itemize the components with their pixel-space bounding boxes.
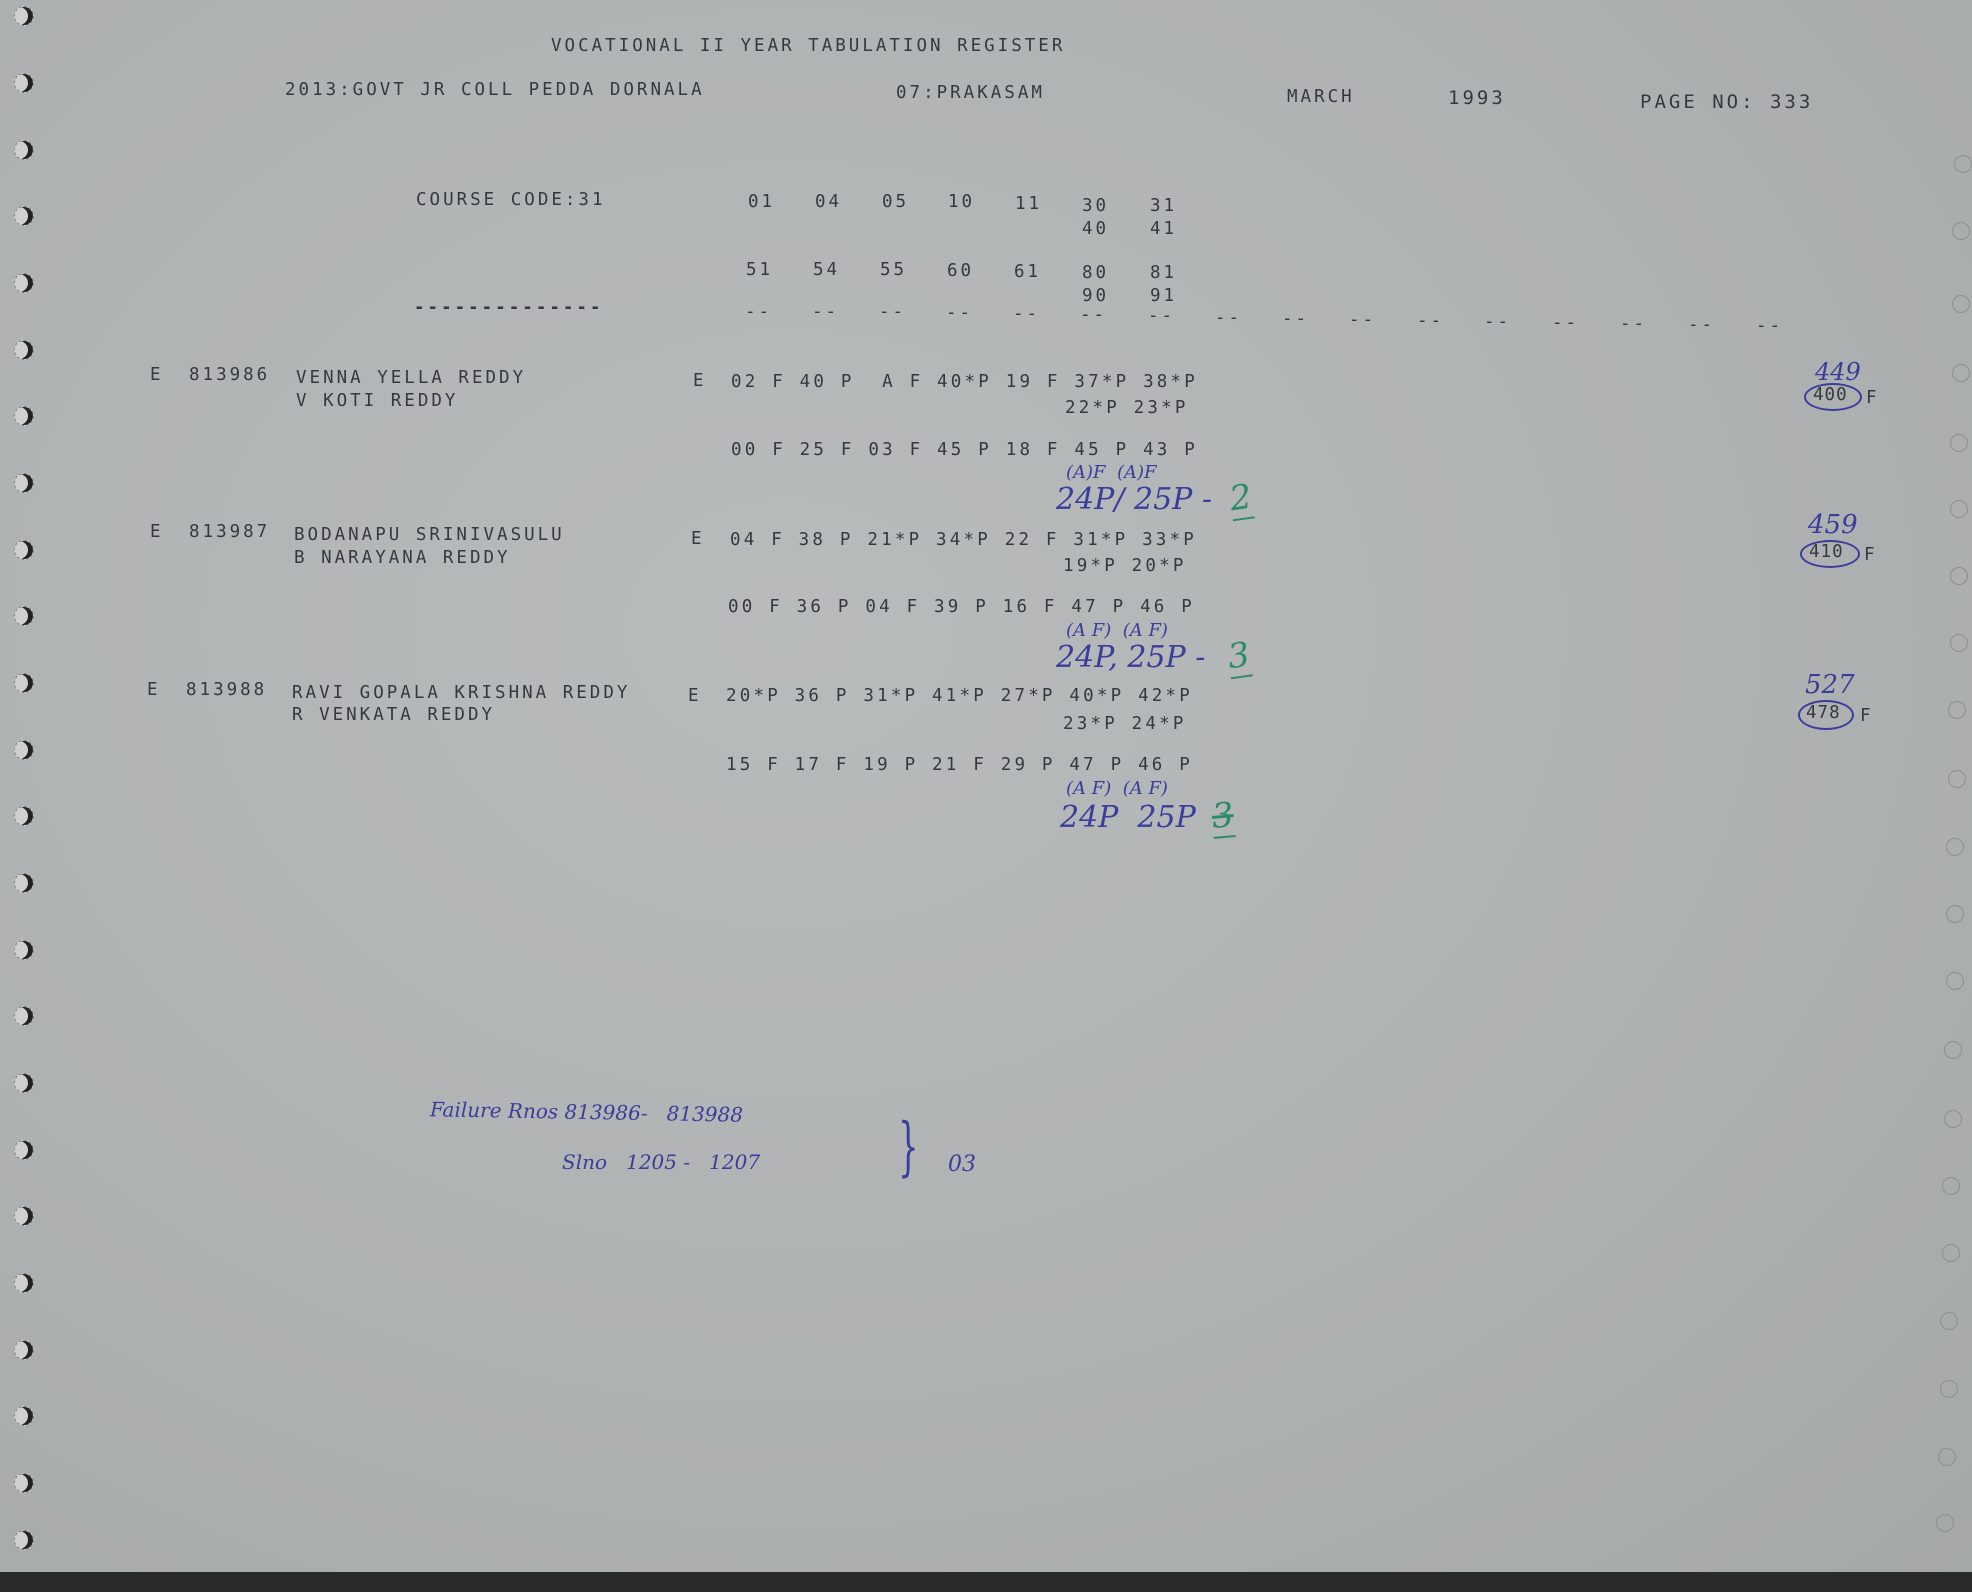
feed-hole (14, 1206, 34, 1226)
feed-hole (14, 1073, 34, 1093)
handwritten-total: 527 (1805, 670, 1855, 700)
feed-hole (14, 1406, 34, 1426)
feed-hole (14, 206, 34, 226)
marks-line-1: 20*P 36 P 31*P 41*P 27*P 40*P 42*P (726, 686, 1193, 706)
feed-hole (1948, 701, 1966, 719)
district-name: 07:PRAKASAM (896, 83, 1045, 103)
feed-hole (14, 473, 34, 493)
column-dash: -- (1080, 305, 1107, 325)
failure-count: 03 (948, 1152, 976, 1177)
marks-line-1-sub: 23*P 24*P (1063, 714, 1187, 734)
handwritten-revised-marks: 24P, 25P - (1056, 640, 1205, 675)
column-dash: -- (1013, 304, 1040, 324)
feed-hole (1952, 295, 1970, 313)
subject-code: 51 (746, 260, 773, 280)
column-dash: -- (1688, 315, 1715, 335)
feed-hole (1950, 567, 1968, 585)
subject-code: 01 (748, 192, 775, 212)
handwritten-count: 3 (1210, 795, 1235, 839)
handwritten-total: 459 (1808, 510, 1858, 540)
feed-hole (14, 273, 34, 293)
feed-hole (1950, 434, 1968, 452)
feed-hole (1950, 634, 1968, 652)
marks-line-1-sub: 19*P 20*P (1063, 556, 1187, 576)
marks-line-1: 02 F 40 P A F 40*P 19 F 37*P 38*P (731, 372, 1198, 392)
student-flag: E (147, 680, 161, 700)
feed-hole (14, 1340, 34, 1360)
subject-code: 31 (1150, 196, 1177, 216)
feed-hole (14, 73, 34, 93)
subject-code: 90 (1082, 286, 1109, 306)
feed-hole (1940, 1312, 1958, 1330)
feed-hole (14, 1273, 34, 1293)
column-dash: -- (879, 302, 906, 322)
feed-hole (1948, 770, 1966, 788)
handwritten-total: 449 (1815, 358, 1861, 386)
register-title: VOCATIONAL II YEAR TABULATION REGISTER (551, 36, 1065, 56)
feed-hole (14, 340, 34, 360)
handwritten-revised-marks: 24P 25P (1060, 800, 1196, 835)
roll-number: 813988 (186, 680, 267, 700)
printed-total: 400 (1813, 385, 1848, 405)
student-flag: E (150, 522, 164, 542)
column-dash: -- (1756, 316, 1783, 336)
subject-code: 40 (1082, 219, 1109, 239)
exam-year: 1993 (1448, 87, 1506, 109)
medium: E (688, 686, 702, 706)
subject-code: 04 (815, 192, 842, 212)
marks-line-2: 00 F 25 F 03 F 45 P 18 F 45 P 43 P (731, 440, 1198, 460)
feed-hole (14, 740, 34, 760)
handwritten-revised-marks: 24P/ 25P - (1056, 482, 1212, 517)
marks-line-1-sub: 22*P 23*P (1065, 398, 1189, 418)
marks-line-2: 15 F 17 F 19 P 21 F 29 P 47 P 46 P (726, 755, 1193, 775)
student-name: BODANAPU SRINIVASULU (294, 525, 565, 545)
feed-hole (1946, 838, 1964, 856)
student-name: VENNA YELLA REDDY (296, 368, 526, 388)
feed-hole (1944, 1110, 1962, 1128)
brace: } (898, 1110, 918, 1184)
college-name: 2013:GOVT JR COLL PEDDA DORNALA (285, 80, 705, 100)
father-name: V KOTI REDDY (296, 391, 458, 411)
feed-hole (14, 6, 34, 26)
feed-hole (14, 606, 34, 626)
column-dash: -- (946, 303, 973, 323)
subject-code: 81 (1150, 263, 1177, 283)
handwritten-count: 3 (1225, 635, 1252, 680)
handwritten-count: 2 (1227, 477, 1254, 522)
printed-total: 478 (1806, 703, 1841, 723)
column-dash: -- (812, 302, 839, 322)
handwritten-af-note: (A F) (A F) (1066, 778, 1168, 799)
feed-hole (14, 940, 34, 960)
column-dash: -- (1484, 312, 1511, 332)
feed-hole (1946, 905, 1964, 923)
marks-line-1: 04 F 38 P 21*P 34*P 22 F 31*P 33*P (730, 530, 1197, 550)
page-number: PAGE NO: 333 (1640, 91, 1813, 113)
feed-hole (1936, 1514, 1954, 1532)
feed-hole (1944, 1041, 1962, 1059)
column-dash: -- (1215, 308, 1242, 328)
student-name: RAVI GOPALA KRISHNA REDDY (292, 683, 630, 703)
page-bottom-edge (0, 1572, 1972, 1592)
subject-code: 41 (1150, 219, 1177, 239)
student-flag: E (150, 365, 164, 385)
serial-number-range: Slno 1205 - 1207 (562, 1150, 760, 1174)
column-dash: -- (745, 302, 772, 322)
feed-hole (14, 1530, 34, 1550)
exam-month: MARCH (1287, 87, 1355, 107)
feed-hole (14, 673, 34, 693)
course-underline: -------------- (414, 298, 604, 318)
subject-code: 05 (882, 192, 909, 212)
feed-hole (1954, 155, 1972, 173)
column-dash: -- (1148, 306, 1175, 326)
roll-number: 813986 (189, 365, 270, 385)
subject-code: 11 (1015, 194, 1042, 214)
feed-hole (1952, 222, 1970, 240)
subject-code: 91 (1150, 286, 1177, 306)
column-dash: -- (1417, 311, 1444, 331)
handwritten-af-note: (A F) (A F) (1066, 620, 1168, 641)
medium: E (693, 371, 707, 391)
column-dash: -- (1282, 309, 1309, 329)
feed-hole (14, 806, 34, 826)
result-status: F (1864, 545, 1878, 565)
father-name: B NARAYANA REDDY (294, 548, 511, 568)
marks-line-2: 00 F 36 P 04 F 39 P 16 F 47 P 46 P (728, 597, 1195, 617)
subject-code: 54 (813, 260, 840, 280)
subject-code: 55 (880, 260, 907, 280)
feed-hole (1942, 1177, 1960, 1195)
feed-hole (1938, 1448, 1956, 1466)
subject-code: 80 (1082, 263, 1109, 283)
feed-hole (14, 406, 34, 426)
feed-hole (1942, 1244, 1960, 1262)
feed-hole (14, 1473, 34, 1493)
feed-hole (1940, 1380, 1958, 1398)
feed-hole (14, 1006, 34, 1026)
father-name: R VENKATA REDDY (292, 705, 495, 725)
handwritten-af-note: (A)F (A)F (1066, 462, 1157, 483)
tabulation-register-page: VOCATIONAL II YEAR TABULATION REGISTER 2… (0, 0, 1972, 1574)
result-status: F (1866, 388, 1880, 408)
feed-hole (1952, 364, 1970, 382)
subject-code: 61 (1014, 262, 1041, 282)
subject-code: 60 (947, 261, 974, 281)
feed-hole (14, 140, 34, 160)
subject-code: 30 (1082, 196, 1109, 216)
result-status: F (1860, 706, 1874, 726)
printed-total: 410 (1809, 542, 1844, 562)
feed-hole (14, 873, 34, 893)
course-code-label: COURSE CODE:31 (416, 190, 606, 210)
subject-code: 10 (948, 192, 975, 212)
feed-hole (14, 540, 34, 560)
feed-hole (1950, 500, 1968, 518)
medium: E (691, 529, 705, 549)
feed-hole (14, 1140, 34, 1160)
column-dash: -- (1349, 310, 1376, 330)
column-dash: -- (1552, 313, 1579, 333)
feed-hole (1946, 972, 1964, 990)
column-dash: -- (1620, 314, 1647, 334)
failure-roll-range: Failure Rnos 813986- 813988 (430, 1097, 743, 1126)
roll-number: 813987 (189, 522, 270, 542)
